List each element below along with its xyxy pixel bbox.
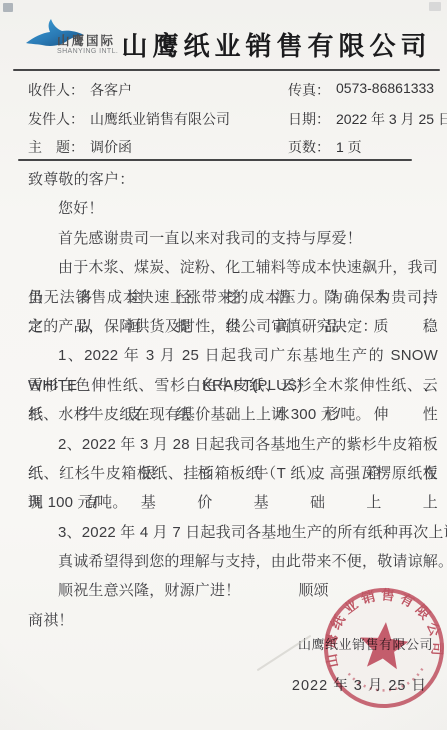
sender-value: 山鹰纸业销售有限公司	[90, 109, 230, 129]
fax-meta-table: 收件人： 各客户 传真： 0573-86861333 发件人： 山鹰纸业销售有限…	[28, 76, 439, 162]
sender-label: 发件人：	[28, 109, 84, 129]
date-value: 2022 年 3 月 25 日	[336, 109, 447, 129]
meta-row: 主 题： 调价函 页数： 1 页	[28, 133, 439, 162]
understanding-line: 真诚希望得到您的理解与支持，由此带来不便，敬请谅解。	[28, 547, 438, 576]
letter-body: 致尊敬的客户： 您好！ 首先感谢贵司一直以来对我司的支持与厚爱！ 由于木浆、煤炭…	[28, 165, 438, 635]
recipient-label: 收件人：	[28, 80, 84, 100]
body-line: 由于木浆、煤炭、淀粉、化工辅料等成本快速飙升，我司虽多途径挖潜降本，	[28, 253, 438, 282]
pages-value: 1 页	[336, 137, 362, 157]
meta-row: 收件人： 各客户 传真： 0573-86861333	[28, 76, 439, 105]
company-seal-stamp: 山鹰纸业销售有限公司	[317, 581, 447, 715]
item1-line: 1、2022 年 3 月 25 日起我司广东基地生产的 SNOW WHITE K…	[28, 341, 438, 370]
item1-line: 雪杉白色伸性纸、雪杉白色牛皮纸、云杉全木浆伸性纸、云杉牛皮纸、水杉伸性	[28, 371, 438, 400]
logo-name-en: SHANYING INTL.	[57, 48, 118, 55]
date-label: 日期：	[288, 109, 330, 129]
item2-line: 纸、红杉牛皮箱板纸、挂面箱板纸（T 纸）、高强瓦楞原纸在现有基价基础上上	[28, 459, 438, 488]
photo-artifact	[429, 2, 441, 11]
pages-label: 页数：	[288, 137, 330, 157]
header-divider	[13, 69, 440, 71]
item2-line: 2、2022 年 3 月 28 日起我司各基地生产的紫杉牛皮箱板纸、银杉牛皮箱板	[28, 430, 438, 459]
photo-artifact	[3, 3, 13, 12]
item3-line: 3、2022 年 4 月 7 日起我司各基地生产的所有纸种再次上调 100 元/…	[28, 518, 438, 547]
meta-divider	[18, 159, 412, 161]
fax-value: 0573-86861333	[336, 80, 434, 100]
subject-value: 调价函	[90, 137, 132, 157]
wishes-text: 顺祝生意兴隆，财源广进！	[58, 582, 240, 599]
thanks-line: 首先感谢贵司一直以来对我司的支持与厚爱！	[28, 224, 438, 253]
subject-label: 主 题：	[28, 137, 84, 157]
meta-row: 发件人： 山鹰纸业销售有限公司 日期： 2022 年 3 月 25 日	[28, 105, 439, 134]
salutation-line: 致尊敬的客户：	[28, 165, 438, 194]
greeting-line: 您好！	[28, 194, 438, 223]
fax-label: 传真：	[288, 80, 330, 100]
shanying-logo: 山鹰国际 SHANYING INTL.	[24, 18, 124, 64]
recipient-value: 各客户	[90, 80, 132, 100]
company-title: 山鹰纸业销售有限公司	[112, 26, 441, 63]
logo-name-cn: 山鹰国际	[57, 35, 118, 48]
body-line: 仍无法销售成本快速上涨带来的成本压力。为确保为贵司持之以恒提供高品质稳	[28, 283, 438, 312]
body-line: 定的产品，保障供货及时性，经公司审慎研究决定：	[28, 312, 438, 341]
